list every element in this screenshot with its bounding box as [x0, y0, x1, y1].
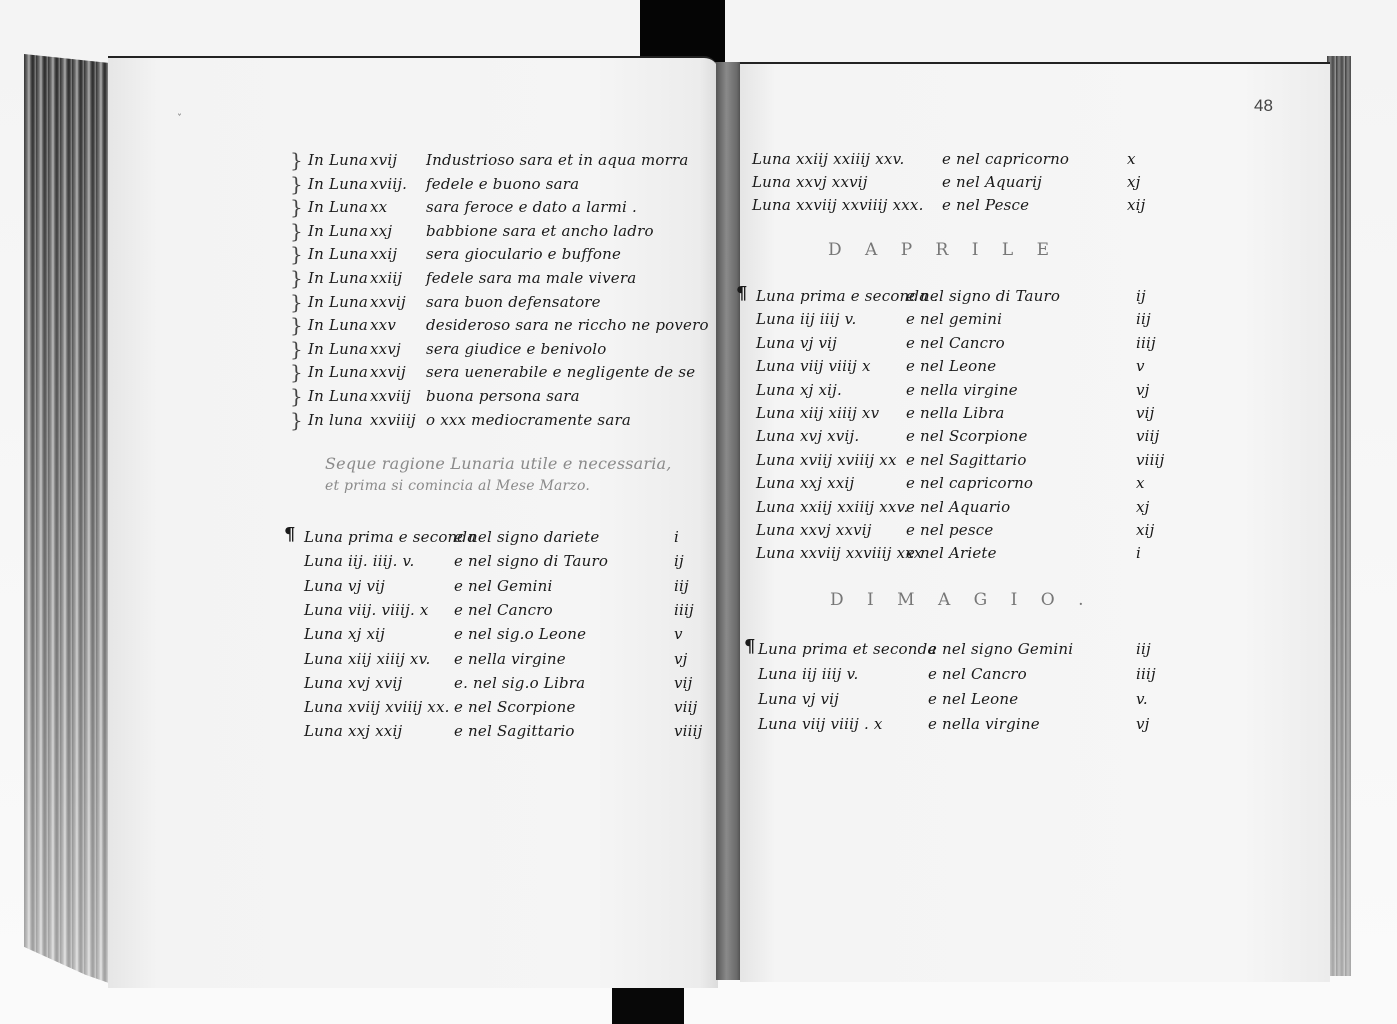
brace-glyph: }	[290, 266, 303, 290]
zodiac-sign: e nel Gemini	[454, 577, 553, 595]
quality-text: sera uenerabile e negligente de se	[426, 363, 695, 381]
quality-text: sera gioculario e buffone	[426, 245, 621, 263]
moon-days: Luna iij. iiij. v.	[304, 552, 414, 570]
brace-glyph: }	[290, 195, 303, 219]
zodiac-sign: e nella virgine	[928, 715, 1040, 733]
zodiac-sign: e nel Ariete	[906, 544, 997, 562]
zodiac-sign: e nel signo di Tauro	[906, 287, 1060, 305]
zodiac-sign: e nel Cancro	[928, 665, 1027, 683]
quality-text: Industrioso sara et in aqua morra	[426, 151, 689, 169]
moon-days: Luna xj xij.	[756, 381, 842, 399]
moon-day-numeral: xxviij	[370, 387, 411, 405]
sign-numeral: viij	[674, 698, 698, 716]
moon-days: Luna prima et seconda	[758, 640, 937, 658]
right-page-edges	[1327, 56, 1351, 976]
brace-glyph: }	[290, 408, 303, 432]
zodiac-sign: e nel Cancro	[906, 334, 1005, 352]
zodiac-sign: e nel sig.o Leone	[454, 625, 586, 643]
moon-days: Luna vj vij	[758, 690, 839, 708]
sign-numeral: vij	[1136, 404, 1155, 422]
moon-days: Luna vj vij	[756, 334, 837, 352]
moon-days: Luna xxj xxij	[304, 722, 402, 740]
paragraph-mark-icon: ¶	[284, 526, 296, 544]
zodiac-sign: e nel Leone	[928, 690, 1018, 708]
moon-prefix: In Luna	[308, 175, 368, 193]
quality-text: fedele e buono sara	[426, 175, 579, 193]
moon-days: Luna viij viiij x	[756, 357, 871, 375]
moon-prefix: In Luna	[308, 293, 368, 311]
moon-day-numeral: xx	[370, 198, 387, 216]
sign-numeral: iiij	[1136, 665, 1156, 683]
intro-text: et prima si comincia al Mese Marzo.	[325, 477, 590, 495]
left-page-edges	[24, 54, 112, 984]
zodiac-sign: e nel Aquario	[906, 498, 1010, 516]
zodiac-sign: e nel capricorno	[906, 474, 1033, 492]
moon-days: Luna xxj xxij	[756, 474, 854, 492]
paragraph-mark-icon: ¶	[744, 638, 756, 656]
moon-days: Luna xviij xviiij xx.	[304, 698, 450, 716]
zodiac-sign: e nel Leone	[906, 357, 996, 375]
quality-text: babbione sara et ancho ladro	[426, 222, 654, 240]
moon-days: Luna iij iiij v.	[756, 310, 856, 328]
zodiac-sign: e nel Sagittario	[906, 451, 1027, 469]
zodiac-sign: e nel Cancro	[454, 601, 553, 619]
zodiac-sign: e nel capricorno	[942, 150, 1069, 168]
moon-days: Luna xiij xiiij xv.	[304, 650, 430, 668]
quality-text: fedele sara ma male vivera	[426, 269, 636, 287]
moon-prefix: In Luna	[308, 316, 368, 334]
moon-prefix: In Luna	[308, 151, 368, 169]
stray-mark: ˇ	[177, 114, 182, 125]
moon-day-numeral: xxvij	[370, 363, 406, 381]
moon-prefix: In luna	[308, 411, 363, 429]
moon-days: Luna xvj xvij	[304, 674, 402, 692]
moon-days: Luna xviij xviiij xx	[756, 451, 897, 469]
bookmark-ribbon-bottom	[612, 985, 684, 1024]
zodiac-sign: e nel Aquarij	[942, 173, 1042, 191]
moon-days: Luna xxiij xxiiij xxv.	[752, 150, 904, 168]
brace-glyph: }	[290, 148, 303, 172]
sign-numeral: iij	[1136, 310, 1151, 328]
book-gutter	[716, 62, 742, 980]
paragraph-mark-icon: ¶	[736, 285, 748, 303]
moon-prefix: In Luna	[308, 198, 368, 216]
moon-days: Luna viij. viiij. x	[304, 601, 429, 619]
moon-days: Luna xvj xvij.	[756, 427, 859, 445]
moon-day-numeral: xxij	[370, 245, 397, 263]
moon-days: Luna xxviij xxviiij xxx.	[752, 196, 924, 214]
sign-numeral: i	[674, 528, 679, 546]
moon-day-numeral: xvij	[370, 151, 397, 169]
zodiac-sign: e nella virgine	[454, 650, 566, 668]
moon-prefix: In Luna	[308, 222, 368, 240]
brace-glyph: }	[290, 242, 303, 266]
sign-numeral: xj	[1136, 498, 1150, 516]
moon-prefix: In Luna	[308, 245, 368, 263]
sign-numeral: xij	[1127, 196, 1146, 214]
moon-days: Luna vj vij	[304, 577, 385, 595]
zodiac-sign: e nel Sagittario	[454, 722, 575, 740]
folio-number: 48	[1254, 96, 1273, 116]
sign-numeral: viij	[1136, 427, 1160, 445]
moon-days: Luna xxvj xxvij	[756, 521, 872, 539]
moon-prefix: In Luna	[308, 340, 368, 358]
sign-numeral: iij	[1136, 640, 1151, 658]
moon-days: Luna xj xij	[304, 625, 385, 643]
moon-day-numeral: xxv	[370, 316, 396, 334]
sign-numeral: vj	[1136, 715, 1150, 733]
sign-numeral: v.	[1136, 690, 1148, 708]
may-heading: D I M A G I O .	[830, 590, 1093, 610]
brace-glyph: }	[290, 172, 303, 196]
zodiac-sign: e nel signo Gemini	[928, 640, 1073, 658]
sign-numeral: x	[1136, 474, 1145, 492]
moon-prefix: In Luna	[308, 269, 368, 287]
moon-days: Luna xxiij xxiiij xxv.	[756, 498, 908, 516]
quality-text: desideroso sara ne riccho ne povero	[426, 316, 709, 334]
moon-day-numeral: xxvj	[370, 340, 401, 358]
moon-days: Luna prima e seconda	[304, 528, 476, 546]
sign-numeral: ij	[1136, 287, 1146, 305]
moon-day-numeral: xxj	[370, 222, 392, 240]
sign-numeral: iij	[674, 577, 689, 595]
moon-prefix: In Luna	[308, 387, 368, 405]
moon-days: Luna viij viiij . x	[758, 715, 883, 733]
quality-text: buona persona sara	[426, 387, 580, 405]
sign-numeral: ij	[674, 552, 684, 570]
brace-glyph: }	[290, 313, 303, 337]
intro-text: Seque ragione Lunaria utile e necessaria…	[325, 455, 672, 473]
left-page	[108, 56, 718, 988]
zodiac-sign: e nel pesce	[906, 521, 993, 539]
sign-numeral: xij	[1136, 521, 1155, 539]
april-heading: D A P R I L E	[828, 240, 1058, 260]
zodiac-sign: e nel Scorpione	[454, 698, 576, 716]
moon-day-numeral: xviij.	[370, 175, 407, 193]
brace-glyph: }	[290, 219, 303, 243]
zodiac-sign: e nella virgine	[906, 381, 1018, 399]
quality-text: sara feroce e dato a larmi .	[426, 198, 637, 216]
sign-numeral: iiij	[674, 601, 694, 619]
moon-days: Luna xxvj xxvij	[752, 173, 868, 191]
sign-numeral: i	[1136, 544, 1141, 562]
sign-numeral: vij	[674, 674, 693, 692]
sign-numeral: vj	[1136, 381, 1150, 399]
sign-numeral: x	[1127, 150, 1136, 168]
quality-text: sera giudice e benivolo	[426, 340, 606, 358]
zodiac-sign: e nel gemini	[906, 310, 1002, 328]
sign-numeral: vj	[674, 650, 688, 668]
moon-days: Luna xxviij xxviiij xxx	[756, 544, 923, 562]
moon-day-numeral: xxiij	[370, 269, 402, 287]
zodiac-sign: e nella Libra	[906, 404, 1005, 422]
moon-day-numeral: xxviiij	[370, 411, 416, 429]
moon-days: Luna xiij xiiij xv	[756, 404, 879, 422]
zodiac-sign: e nel signo di Tauro	[454, 552, 608, 570]
brace-glyph: }	[290, 337, 303, 361]
sign-numeral: iiij	[1136, 334, 1156, 352]
moon-prefix: In Luna	[308, 363, 368, 381]
zodiac-sign: e nel Pesce	[942, 196, 1029, 214]
moon-day-numeral: xxvij	[370, 293, 406, 311]
sign-numeral: viiij	[1136, 451, 1165, 469]
moon-days: Luna iij iiij v.	[758, 665, 858, 683]
zodiac-sign: e nel Scorpione	[906, 427, 1028, 445]
sign-numeral: xj	[1127, 173, 1141, 191]
quality-text: o xxx mediocramente sara	[426, 411, 631, 429]
zodiac-sign: e nel signo dariete	[454, 528, 599, 546]
sign-numeral: v	[1136, 357, 1145, 375]
sign-numeral: viiij	[674, 722, 703, 740]
bookmark-ribbon-top	[640, 0, 725, 62]
brace-glyph: }	[290, 384, 303, 408]
brace-glyph: }	[290, 290, 303, 314]
quality-text: sara buon defensatore	[426, 293, 601, 311]
sign-numeral: v	[674, 625, 683, 643]
brace-glyph: }	[290, 360, 303, 384]
zodiac-sign: e. nel sig.o Libra	[454, 674, 585, 692]
